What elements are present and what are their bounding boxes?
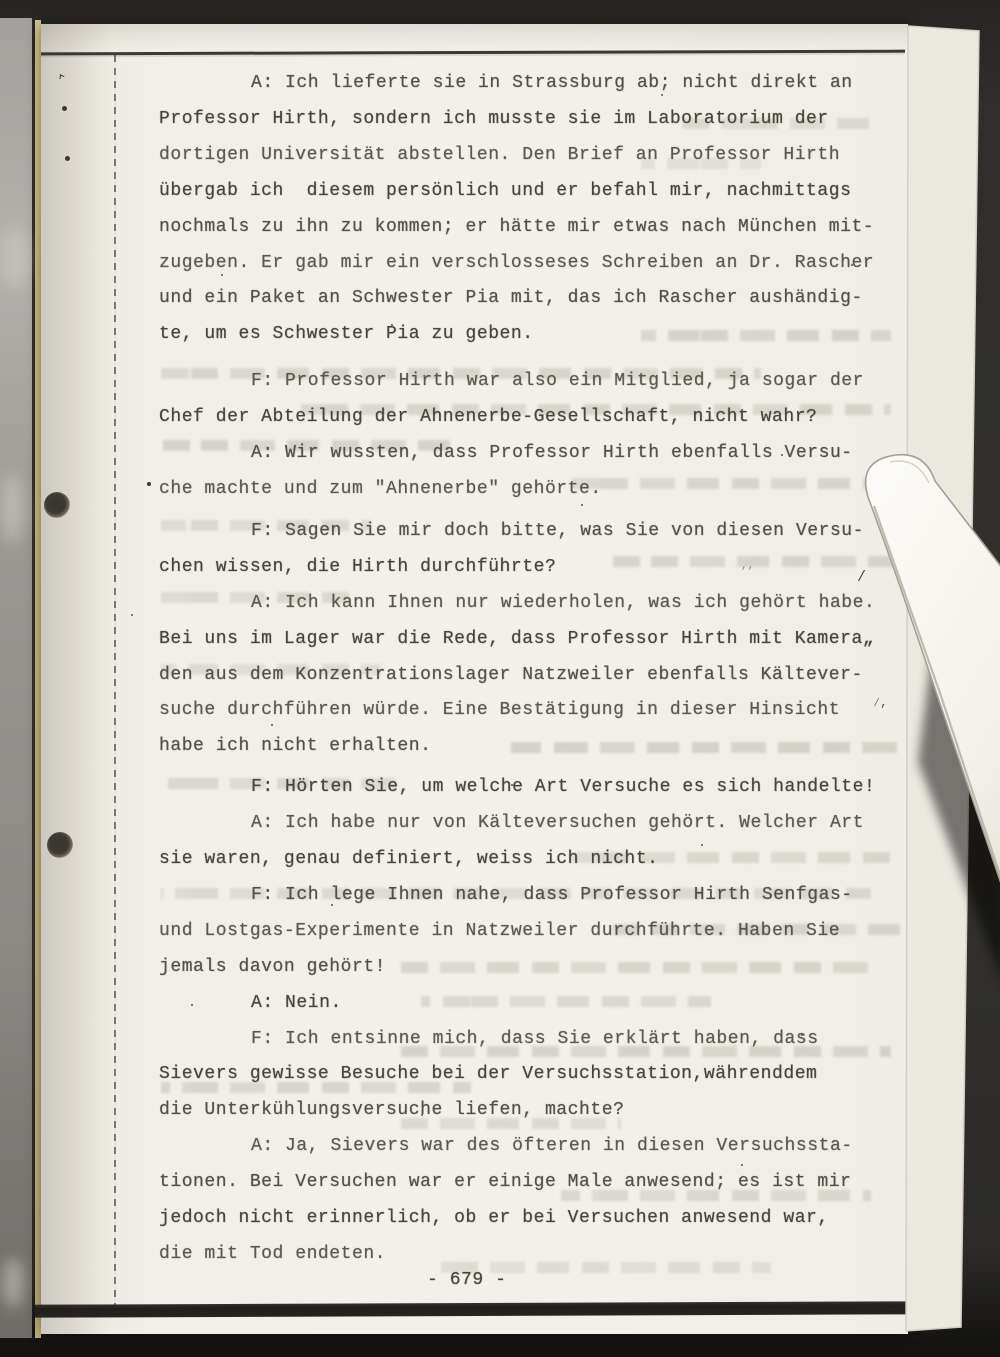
- typed-text-line: te, um es Schwester Pia zu geben.: [159, 317, 907, 353]
- next-page-edge-strip: [906, 26, 979, 1331]
- frame-rule-top: [41, 50, 905, 56]
- punch-hole: [47, 832, 73, 858]
- typed-text-line: zugeben. Er gab mir ein verschlosseses S…: [159, 246, 907, 282]
- paper-speck: [331, 904, 333, 906]
- typed-text-line: F: Ich entsinne mich, dass Sie erklärt h…: [159, 1022, 907, 1058]
- typed-text-line: Chef der Abteilung der Ahnenerbe-Gesells…: [159, 400, 907, 436]
- typed-text-line: A: Wir wussten, dass Professor Hirth ebe…: [159, 436, 907, 472]
- typed-text-line: die mit Tod endeten.: [159, 1237, 907, 1273]
- typed-text-line: A: Ich kann Ihnen nur wiederholen, was i…: [159, 586, 907, 622]
- typed-text-line: A: Nein.: [159, 986, 907, 1022]
- frame-rule-left-dashed: [114, 55, 116, 1307]
- typed-text-line: F: Professor Hirth war also ein Mitglied…: [159, 364, 907, 400]
- page-curl-shadow: [41, 24, 111, 1334]
- paper-speck: [421, 1114, 423, 1116]
- paper-speck: [391, 324, 393, 326]
- typed-text-line: sie waren, genau definiert, weiss ich ni…: [159, 842, 907, 878]
- typed-text-line: tionen. Bei Versuchen war er einige Male…: [159, 1165, 907, 1201]
- typed-text-line: F: Sagen Sie mir doch bitte, was Sie von…: [159, 514, 907, 550]
- paper-speck: [661, 94, 663, 96]
- typed-text-line: chen wissen, die Hirth durchführte?: [159, 550, 907, 586]
- scanner-background: A: Ich lieferte sie in Strassburg ab; ni…: [0, 0, 1000, 1357]
- paper-speck: [581, 504, 583, 506]
- typed-text-line: Sievers gewisse Besuche bei der Versuchs…: [159, 1057, 907, 1093]
- paper-speck: [191, 1004, 193, 1006]
- binding-highlight: [0, 473, 24, 543]
- punch-hole: [44, 492, 70, 518]
- ink-dot: [65, 156, 70, 161]
- paper-speck: [741, 1164, 743, 1166]
- typed-text-line: Bei uns im Lager war die Rede, dass Prof…: [159, 622, 907, 658]
- book-binding-edge: [0, 18, 32, 1338]
- typed-text-line: F: Ich lege Ihnen nahe, dass Professor H…: [159, 878, 907, 914]
- typed-text-line: übergab ich diesem persönlich und er bef…: [159, 174, 907, 210]
- page-top-shadow: [41, 24, 908, 50]
- binding-highlight: [2, 228, 28, 288]
- document-page: A: Ich lieferte sie in Strassburg ab; ni…: [41, 24, 908, 1334]
- stray-slash-mark: /: [857, 569, 866, 586]
- typed-text-line: A: Ich habe nur von Kälteversuchen gehör…: [159, 806, 907, 842]
- paper-speck: [801, 1034, 803, 1036]
- frame-rule-bottom: [35, 1301, 909, 1317]
- typed-text-line: A: Ja, Sievers war des öfteren in diesen…: [159, 1129, 907, 1165]
- typed-text-line: dortigen Universität abstellen. Den Brie…: [159, 138, 907, 174]
- paper-speck: [271, 724, 273, 726]
- paper-speck: [221, 274, 223, 276]
- ink-dot: [147, 482, 151, 486]
- ink-dot: [62, 106, 67, 111]
- typed-text-line: und ein Paket an Schwester Pia mit, das …: [159, 281, 907, 317]
- typed-text-line: nochmals zu ihn zu kommen; er hätte mir …: [159, 210, 907, 246]
- typed-text-line: F: Hörten Sie, um welche Art Versuche es…: [159, 770, 907, 806]
- typed-text-line: den aus dem Konzentrationslager Natzweil…: [159, 658, 907, 694]
- typewritten-text-block: A: Ich lieferte sie in Strassburg ab; ni…: [159, 66, 907, 1299]
- typed-text-line: und Lostgas-Experimente in Natzweiler du…: [159, 914, 907, 950]
- paper-speck: [131, 614, 133, 616]
- typed-text-line: die Unterkühlungsversuche liefen, machte…: [159, 1093, 907, 1129]
- typed-text-line: jedoch nicht erinnerlich, ob er bei Vers…: [159, 1201, 907, 1237]
- typed-text-line: A: Ich lieferte sie in Strassburg ab; ni…: [159, 66, 907, 102]
- paper-speck: [781, 454, 783, 456]
- typed-text-line: che machte und zum "Ahnenerbe" gehörte.: [159, 472, 907, 508]
- paper-speck: [561, 184, 563, 186]
- paper-speck: [851, 264, 853, 266]
- stray-slash-mark: ⁄,: [873, 696, 887, 710]
- typed-text-line: Professor Hirth, sondern ich musste sie …: [159, 102, 907, 138]
- typed-text-line: habe ich nicht erhalten.: [159, 729, 907, 765]
- bone-folder-shadow: [918, 620, 1000, 990]
- binding-highlight: [2, 1258, 24, 1308]
- stray-comma-marks: ,,: [741, 560, 754, 572]
- typed-text-line: jemals davon gehört!: [159, 950, 907, 986]
- paper-speck: [511, 784, 513, 786]
- paper-speck: [701, 844, 703, 846]
